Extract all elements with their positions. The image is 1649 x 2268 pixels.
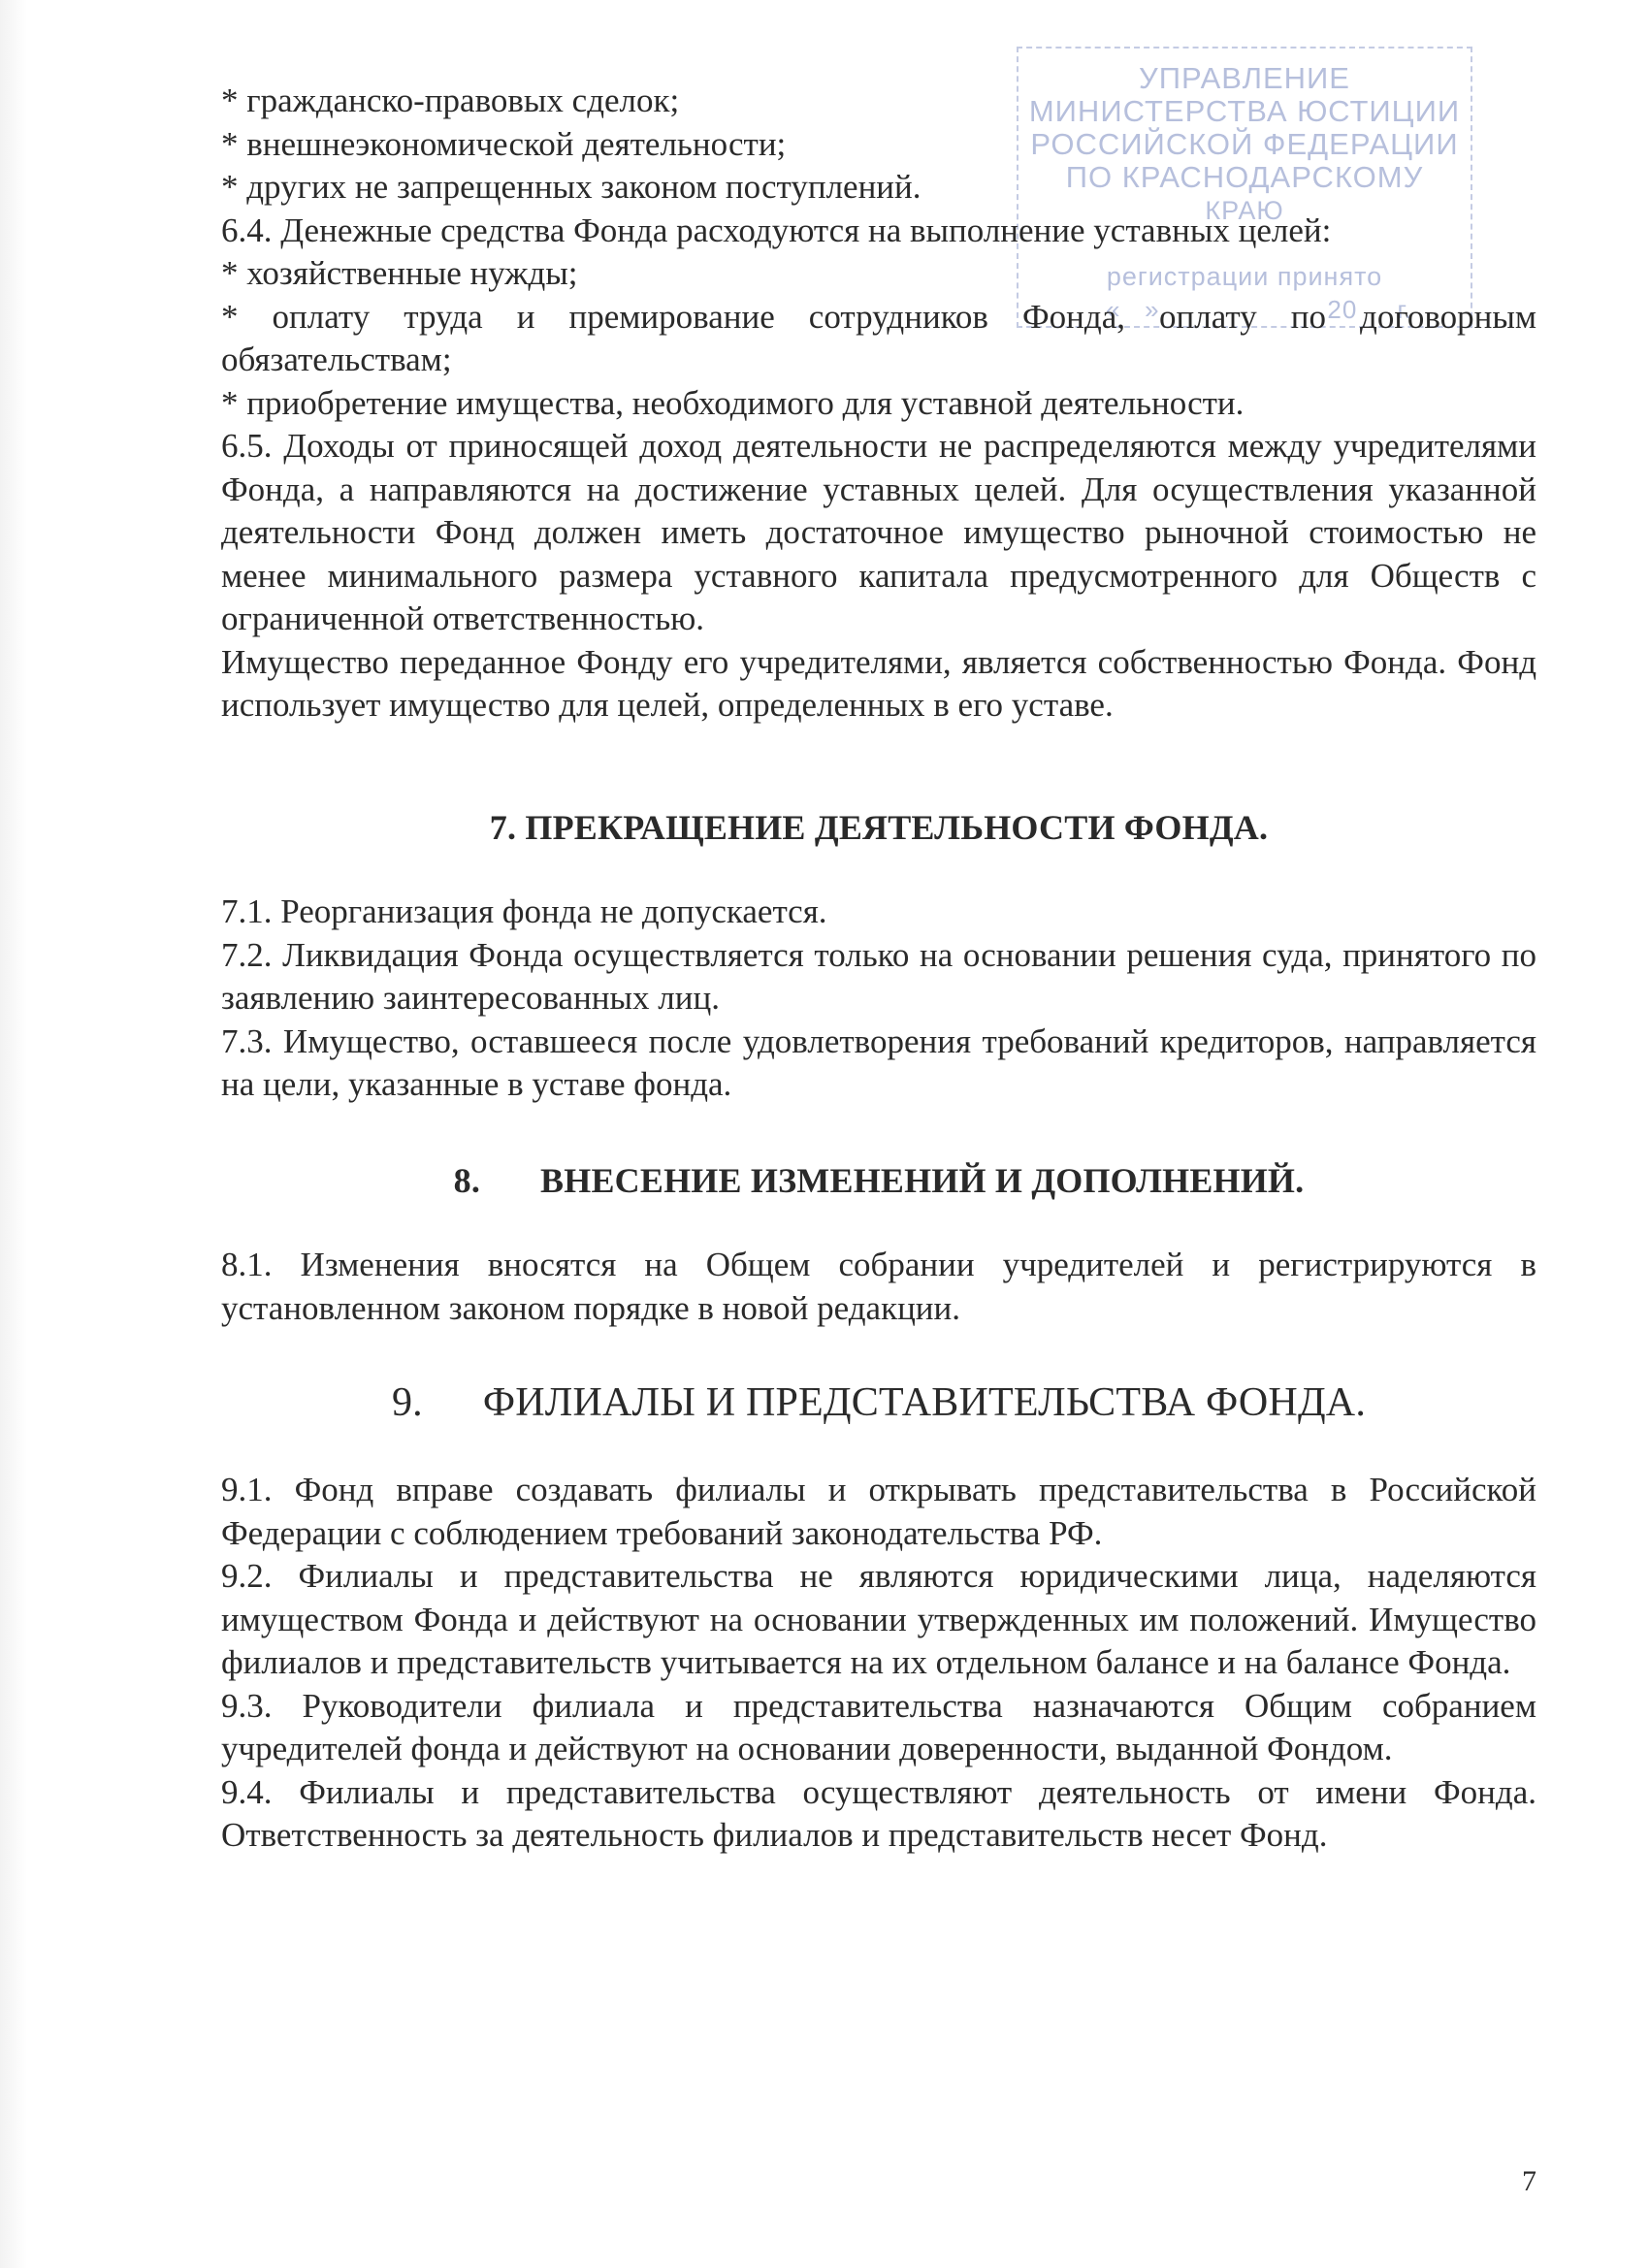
paragraph: 9.2. Филиалы и представительства не явля… <box>221 1555 1536 1685</box>
paragraph-6-5: 6.5. Доходы от приносящей доход деятельн… <box>221 425 1536 641</box>
paragraph: 9.1. Фонд вправе создавать филиалы и отк… <box>221 1469 1536 1555</box>
paragraph: 9.3. Руководители филиала и представител… <box>221 1685 1536 1771</box>
list-item: * хозяйственные нужды; <box>221 252 1536 296</box>
document-page: УПРАВЛЕНИЕ МИНИСТЕРСТВА ЮСТИЦИИ РОССИЙСК… <box>0 0 1649 2268</box>
paragraph: 7.2. Ликвидация Фонда осуществляется тол… <box>221 934 1536 1021</box>
paragraph: 7.3. Имущество, оставшееся после удовлет… <box>221 1021 1536 1107</box>
paragraph: 9.4. Филиалы и представительства осущест… <box>221 1771 1536 1858</box>
section-number: 8. <box>454 1161 480 1200</box>
section-7-heading: 7. ПРЕКРАЩЕНИЕ ДЕЯТЕЛЬНОСТИ ФОНДА. <box>221 807 1536 848</box>
list-item: * гражданско-правовых сделок; <box>221 80 1536 123</box>
section-number: 9. <box>392 1380 423 1425</box>
section-9-heading: 9.ФИЛИАЛЫ И ПРЕДСТАВИТЕЛЬСТВА ФОНДА. <box>221 1379 1536 1426</box>
list-item: * оплату труда и премирование сотруднико… <box>221 296 1536 382</box>
section6-tail: * гражданско-правовых сделок; * внешнеэк… <box>221 80 1536 728</box>
section-title: ВНЕСЕНИЕ ИЗМЕНЕНИЙ И ДОПОЛНЕНИЙ. <box>540 1161 1304 1200</box>
section8-body: 8.1. Изменения вносятся на Общем собрани… <box>221 1244 1536 1330</box>
section9-body: 9.1. Фонд вправе создавать филиалы и отк… <box>221 1469 1536 1858</box>
page-number: 7 <box>1522 2165 1536 2198</box>
list-item: * других не запрещенных законом поступле… <box>221 166 1536 210</box>
paragraph: 7.1. Реорганизация фонда не допускается. <box>221 891 1536 934</box>
section7-body: 7.1. Реорганизация фонда не допускается.… <box>221 891 1536 1107</box>
section-8-heading: 8.ВНЕСЕНИЕ ИЗМЕНЕНИЙ И ДОПОЛНЕНИЙ. <box>221 1160 1536 1201</box>
list-item: * внешнеэкономической деятельности; <box>221 123 1536 167</box>
paragraph: 8.1. Изменения вносятся на Общем собрани… <box>221 1244 1536 1330</box>
scan-edge-shadow <box>0 0 27 2268</box>
list-item: * приобретение имущества, необходимого д… <box>221 382 1536 426</box>
paragraph-property: Имущество переданное Фонду его учредител… <box>221 641 1536 728</box>
section-title: ФИЛИАЛЫ И ПРЕДСТАВИТЕЛЬСТВА ФОНДА. <box>483 1380 1366 1425</box>
paragraph-6-4: 6.4. Денежные средства Фонда расходуются… <box>221 210 1536 253</box>
